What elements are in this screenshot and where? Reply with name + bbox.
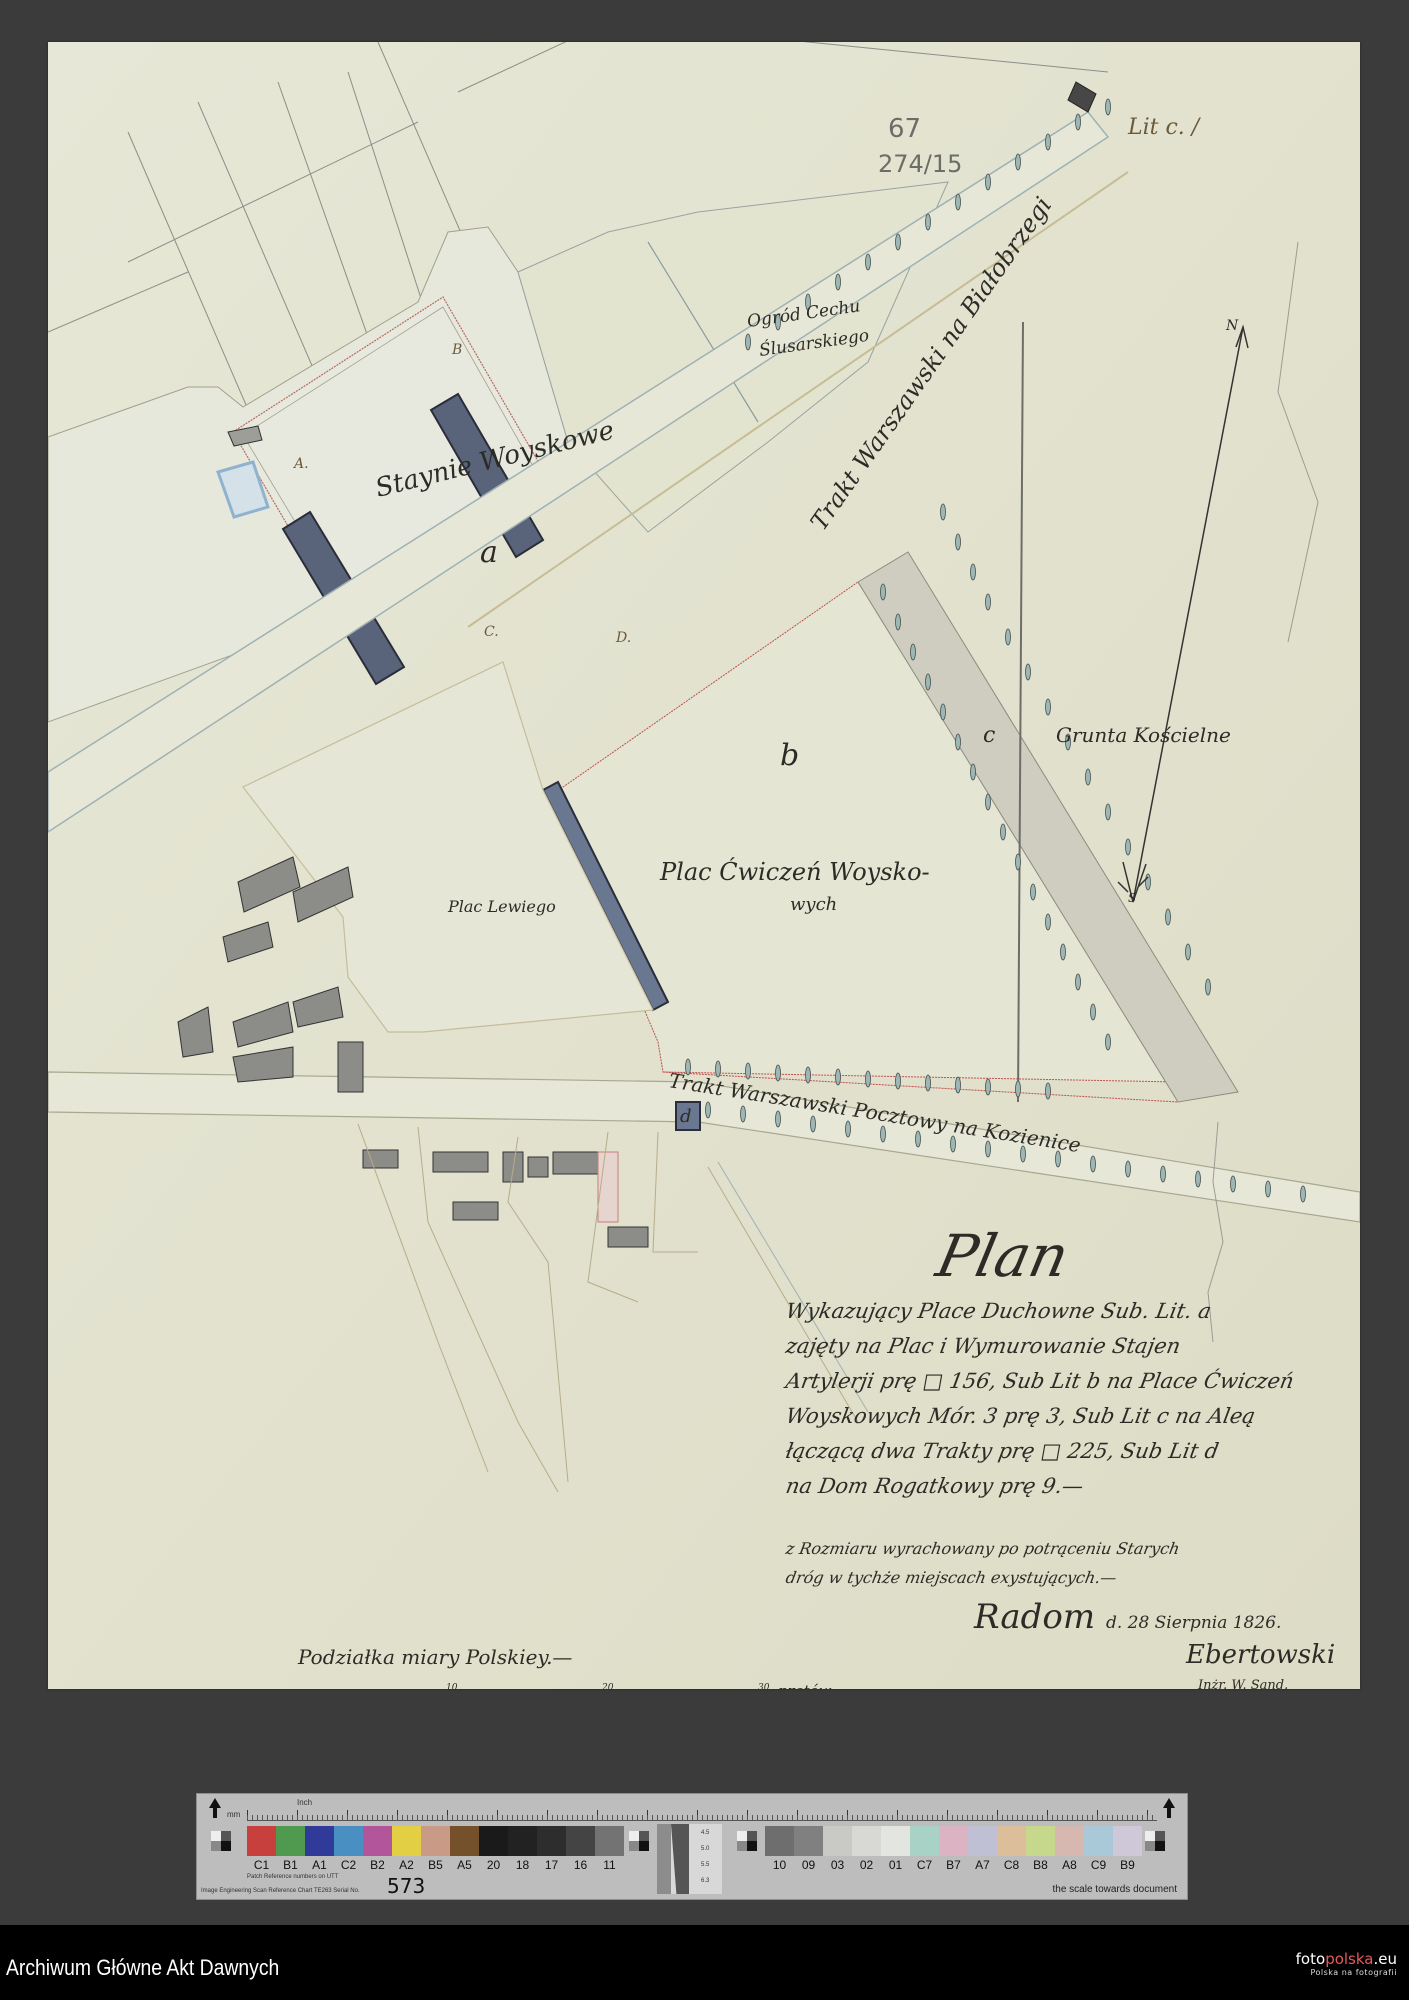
patch-18 (508, 1826, 537, 1856)
scan-reference-chart: mm Inch C1 B1 A1 C2 B2 A2 B5 A5 20 18 17… (196, 1793, 1188, 1900)
patch-C8 (997, 1826, 1026, 1856)
scale-title: Podziałka miary Polskiey.— (298, 1645, 572, 1669)
patch-03 (823, 1826, 852, 1856)
patch-label: A5 (450, 1858, 479, 1872)
patch-label: B8 (1026, 1858, 1055, 1872)
patch-label: A2 (392, 1858, 421, 1872)
density-label: 6.3 (701, 1878, 709, 1884)
patch-label: 20 (479, 1858, 508, 1872)
ruler (247, 1802, 1157, 1821)
cartouche-note-line: z Rozmiaru wyrachowany po potrąceniu Sta… (783, 1534, 1328, 1563)
patch-11 (595, 1826, 624, 1856)
signature-title: Inżr. W. Sand. (1198, 1678, 1288, 1693)
patch-label: A8 (1055, 1858, 1084, 1872)
patch-B8 (1026, 1826, 1055, 1856)
date: d. 28 Sierpnia 1826. (1106, 1613, 1281, 1633)
patch-label: 10 (765, 1858, 794, 1872)
right-color-patches (765, 1826, 1142, 1856)
arrow-stem (213, 1808, 217, 1818)
cartouche-line: Woyskowych Mór. 3 prę 3, Sub Lit c na Al… (783, 1399, 1329, 1434)
patch-label: B7 (939, 1858, 968, 1872)
patch-reference-note: Patch Reference numbers on UTT (247, 1874, 338, 1880)
patch-B2 (363, 1826, 392, 1856)
brand-logo[interactable]: fotopolska.eu Polska na fotografii (1296, 1950, 1397, 1977)
patch-label: 11 (595, 1858, 624, 1872)
cartouche-line: na Dom Rogatkowy prę 9.— (783, 1469, 1329, 1504)
patch-B1 (276, 1826, 305, 1856)
patch-label: 09 (794, 1858, 823, 1872)
patch-label: C1 (247, 1858, 276, 1872)
brand-part1: foto (1296, 1950, 1326, 1968)
density-label: 5.5 (701, 1862, 709, 1868)
patch-20 (479, 1826, 508, 1856)
patch-16 (566, 1826, 595, 1856)
patch-C2 (334, 1826, 363, 1856)
patch-label: 01 (881, 1858, 910, 1872)
patch-label: B1 (276, 1858, 305, 1872)
gray-target (629, 1831, 649, 1851)
left-color-patches (247, 1826, 624, 1856)
arrow-stem (1167, 1808, 1171, 1818)
right-patch-labels: 10 09 03 02 01 C7 B7 A7 C8 B8 A8 C9 B9 (765, 1858, 1142, 1872)
gray-target (737, 1831, 757, 1851)
cartouche-line: zajęty na Plac i Wymurowanie Stajen (783, 1329, 1329, 1364)
cartouche-note-line: dróg w tychże miejscach exystujących.— (783, 1563, 1328, 1592)
signature: Ebertowski (1186, 1640, 1335, 1670)
patch-C9 (1084, 1826, 1113, 1856)
patch-label: C9 (1084, 1858, 1113, 1872)
patch-label: 17 (537, 1858, 566, 1872)
cartouche-line: Wykazujący Place Duchowne Sub. Lit. a (783, 1294, 1329, 1329)
patch-C1 (247, 1826, 276, 1856)
left-patch-labels: C1 B1 A1 C2 B2 A2 B5 A5 20 18 17 16 11 (247, 1858, 624, 1872)
patch-label: A7 (968, 1858, 997, 1872)
patch-label: C7 (910, 1858, 939, 1872)
patch-label: 18 (508, 1858, 537, 1872)
patch-09 (794, 1826, 823, 1856)
brand-part3: .eu (1373, 1950, 1397, 1968)
arrow-up-icon (1163, 1798, 1175, 1808)
cartouche-description: Wykazujący Place Duchowne Sub. Lit. a za… (786, 1294, 1326, 1504)
patch-label: C8 (997, 1858, 1026, 1872)
density-wedge: 4.5 5.0 5.5 6.3 (657, 1824, 722, 1894)
patch-label: B5 (421, 1858, 450, 1872)
brand-tagline: Polska na fotografii (1296, 1968, 1397, 1977)
ruler-unit-mm: mm (227, 1810, 240, 1819)
brand-part2: polska (1325, 1950, 1373, 1968)
patch-17 (537, 1826, 566, 1856)
patch-A7 (968, 1826, 997, 1856)
patch-label: B2 (363, 1858, 392, 1872)
place-date: Radom d. 28 Sierpnia 1826. (974, 1597, 1281, 1637)
cartouche-line: Artylerji prę □ 156, Sub Lit b na Place … (783, 1364, 1329, 1399)
archive-name: Archiwum Główne Akt Dawnych (6, 1955, 279, 1981)
density-label: 4.5 (701, 1830, 709, 1836)
cartouche-title: Plan (931, 1222, 1075, 1290)
patch-label: 03 (823, 1858, 852, 1872)
map-sheet: 67 274/15 Lit c. / Staynie Woyskowe a A.… (48, 42, 1360, 1689)
cartouche-line: łączącą dwa Trakty prę □ 225, Sub Lit d (783, 1434, 1329, 1469)
patch-label: A1 (305, 1858, 334, 1872)
patch-label: C2 (334, 1858, 363, 1872)
footer-bar: Archiwum Główne Akt Dawnych fotopolska.e… (0, 1925, 1409, 2000)
gray-target (1145, 1831, 1165, 1851)
arrow-up-icon (209, 1798, 221, 1808)
patch-01 (881, 1826, 910, 1856)
patch-label: 16 (566, 1858, 595, 1872)
orientation-note: the scale towards document (1052, 1884, 1177, 1895)
patch-A1 (305, 1826, 334, 1856)
cartouche-note: z Rozmiaru wyrachowany po potrąceniu Sta… (786, 1534, 1326, 1592)
patch-label: 02 (852, 1858, 881, 1872)
patch-B5 (421, 1826, 450, 1856)
serial-number: 573 (387, 1874, 425, 1898)
patch-C7 (910, 1826, 939, 1856)
patch-02 (852, 1826, 881, 1856)
maker-line: Image Engineering Scan Reference Chart T… (201, 1888, 360, 1894)
place-name: Radom (974, 1597, 1095, 1637)
patch-B9 (1113, 1826, 1142, 1856)
patch-A2 (392, 1826, 421, 1856)
patch-B7 (939, 1826, 968, 1856)
patch-label: B9 (1113, 1858, 1142, 1872)
gray-target (211, 1831, 231, 1851)
patch-A8 (1055, 1826, 1084, 1856)
patch-A5 (450, 1826, 479, 1856)
patch-10 (765, 1826, 794, 1856)
density-label: 5.0 (701, 1846, 709, 1852)
